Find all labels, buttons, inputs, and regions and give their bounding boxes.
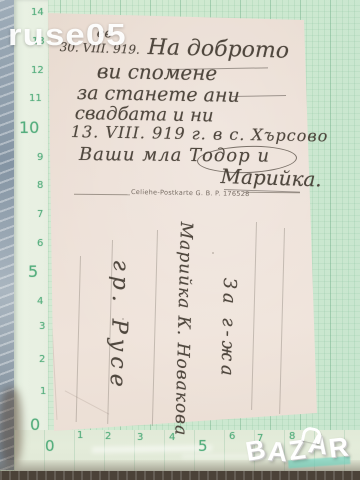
ruler-number: 4 (37, 297, 43, 307)
handwriting-line: На доброто (147, 36, 289, 63)
ruler-number: 1 (77, 431, 83, 441)
address-prefix: За г-жа (216, 278, 238, 381)
ruler-number: 0 (45, 439, 55, 454)
stain-blotch (0, 388, 22, 468)
ruler-number: 6 (229, 432, 235, 442)
logo-letter: R (328, 433, 351, 462)
ruler-number: 5 (198, 439, 208, 454)
ruler-number: 0 (30, 417, 40, 433)
logo-letter: A (266, 438, 287, 466)
handwriting-line: ви спомене (97, 61, 218, 84)
ruler-number: 6 (37, 239, 43, 249)
ruler-number: 11 (29, 94, 42, 104)
ruler-number: 1 (40, 387, 46, 397)
ruler-number: 12 (31, 66, 44, 76)
card-crease (65, 390, 110, 414)
ruler-number: 3 (39, 322, 45, 332)
bazar-logo: B A Z A R (245, 434, 350, 476)
ruler-number: 3 (137, 433, 143, 443)
ruler-number: 2 (105, 432, 111, 442)
seller-watermark: ruse05 (8, 17, 127, 53)
ruler-number: 10 (19, 120, 39, 136)
logo-letter: B (244, 436, 268, 466)
ruler-number: 5 (28, 264, 38, 280)
ruler-number: 9 (37, 153, 43, 163)
ruler-number: 2 (39, 355, 45, 365)
ruler-number: 7 (37, 210, 43, 220)
ruler-number: 8 (37, 181, 43, 191)
ink-speck (212, 252, 214, 254)
address-city-flourish: гр. Русе (105, 259, 132, 392)
photo-stage: 14 13 12 11 10 9 8 7 6 5 4 3 2 1 0 0 1 2… (0, 0, 360, 480)
